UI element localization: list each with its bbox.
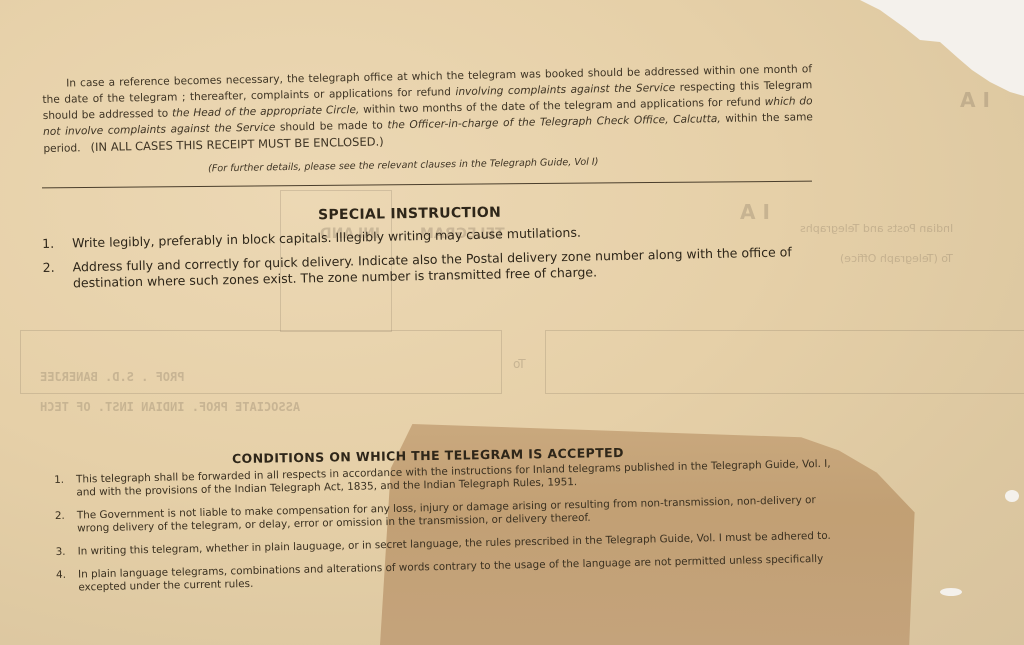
item-number: 1.	[42, 235, 72, 252]
receipt-enclosed-notice: (IN ALL CASES THIS RECEIPT MUST BE ENCLO…	[90, 134, 383, 154]
item-text: In plain language telegrams, combination…	[78, 553, 836, 595]
item-text: Address fully and correctly for quick de…	[72, 244, 823, 292]
ghost-to: To	[513, 357, 526, 371]
ghost-address-box	[20, 330, 502, 394]
punch-hole	[1005, 490, 1019, 502]
notice-line-4-italic2: the Officer-in-charge of the Telegraph	[387, 115, 592, 131]
reference-notice: In case a reference becomes necessary, t…	[42, 61, 813, 157]
item-number: 2.	[43, 259, 74, 292]
ghost-a1-top: A I	[960, 88, 990, 112]
ghost-to-office: To (Telegraph Office)	[840, 252, 953, 265]
special-instruction-heading: SPECIAL INSTRUCTION	[318, 205, 501, 224]
item-text: The Government is not liable to make com…	[77, 494, 835, 536]
conditions-list: 1. This telegraph shall be forwarded in …	[54, 458, 837, 605]
ghost-instructions-box	[545, 330, 1024, 394]
ghost-typed-address: ASSOCIATE PROF. INDIAN INST. OF TECH	[40, 400, 300, 414]
item-number: 2.	[55, 510, 78, 536]
notice-line-3-italic: the Head of the appropriate Circle,	[172, 104, 359, 120]
item-number: 3.	[56, 546, 78, 559]
notice-line-3b: within two months of the date of the tel…	[363, 99, 612, 116]
notice-line-4b: should be made to	[280, 119, 383, 133]
special-instruction-item: 2. Address fully and correctly for quick…	[43, 244, 823, 292]
ghost-posts: Indian Posts and Telegraphs	[800, 222, 953, 235]
paper-tear	[940, 588, 962, 596]
item-number: 1.	[54, 474, 77, 500]
condition-item: 2. The Government is not liable to make …	[55, 494, 835, 536]
notice-line-4a: and applications for refund	[616, 96, 761, 111]
condition-item: 4. In plain language telegrams, combinat…	[56, 553, 836, 595]
item-number: 4.	[56, 569, 79, 595]
notice-line-5-italic: Check Office, Calcutta,	[597, 113, 721, 127]
notice-line-2-italic: involving complaints against the Service	[455, 82, 675, 98]
